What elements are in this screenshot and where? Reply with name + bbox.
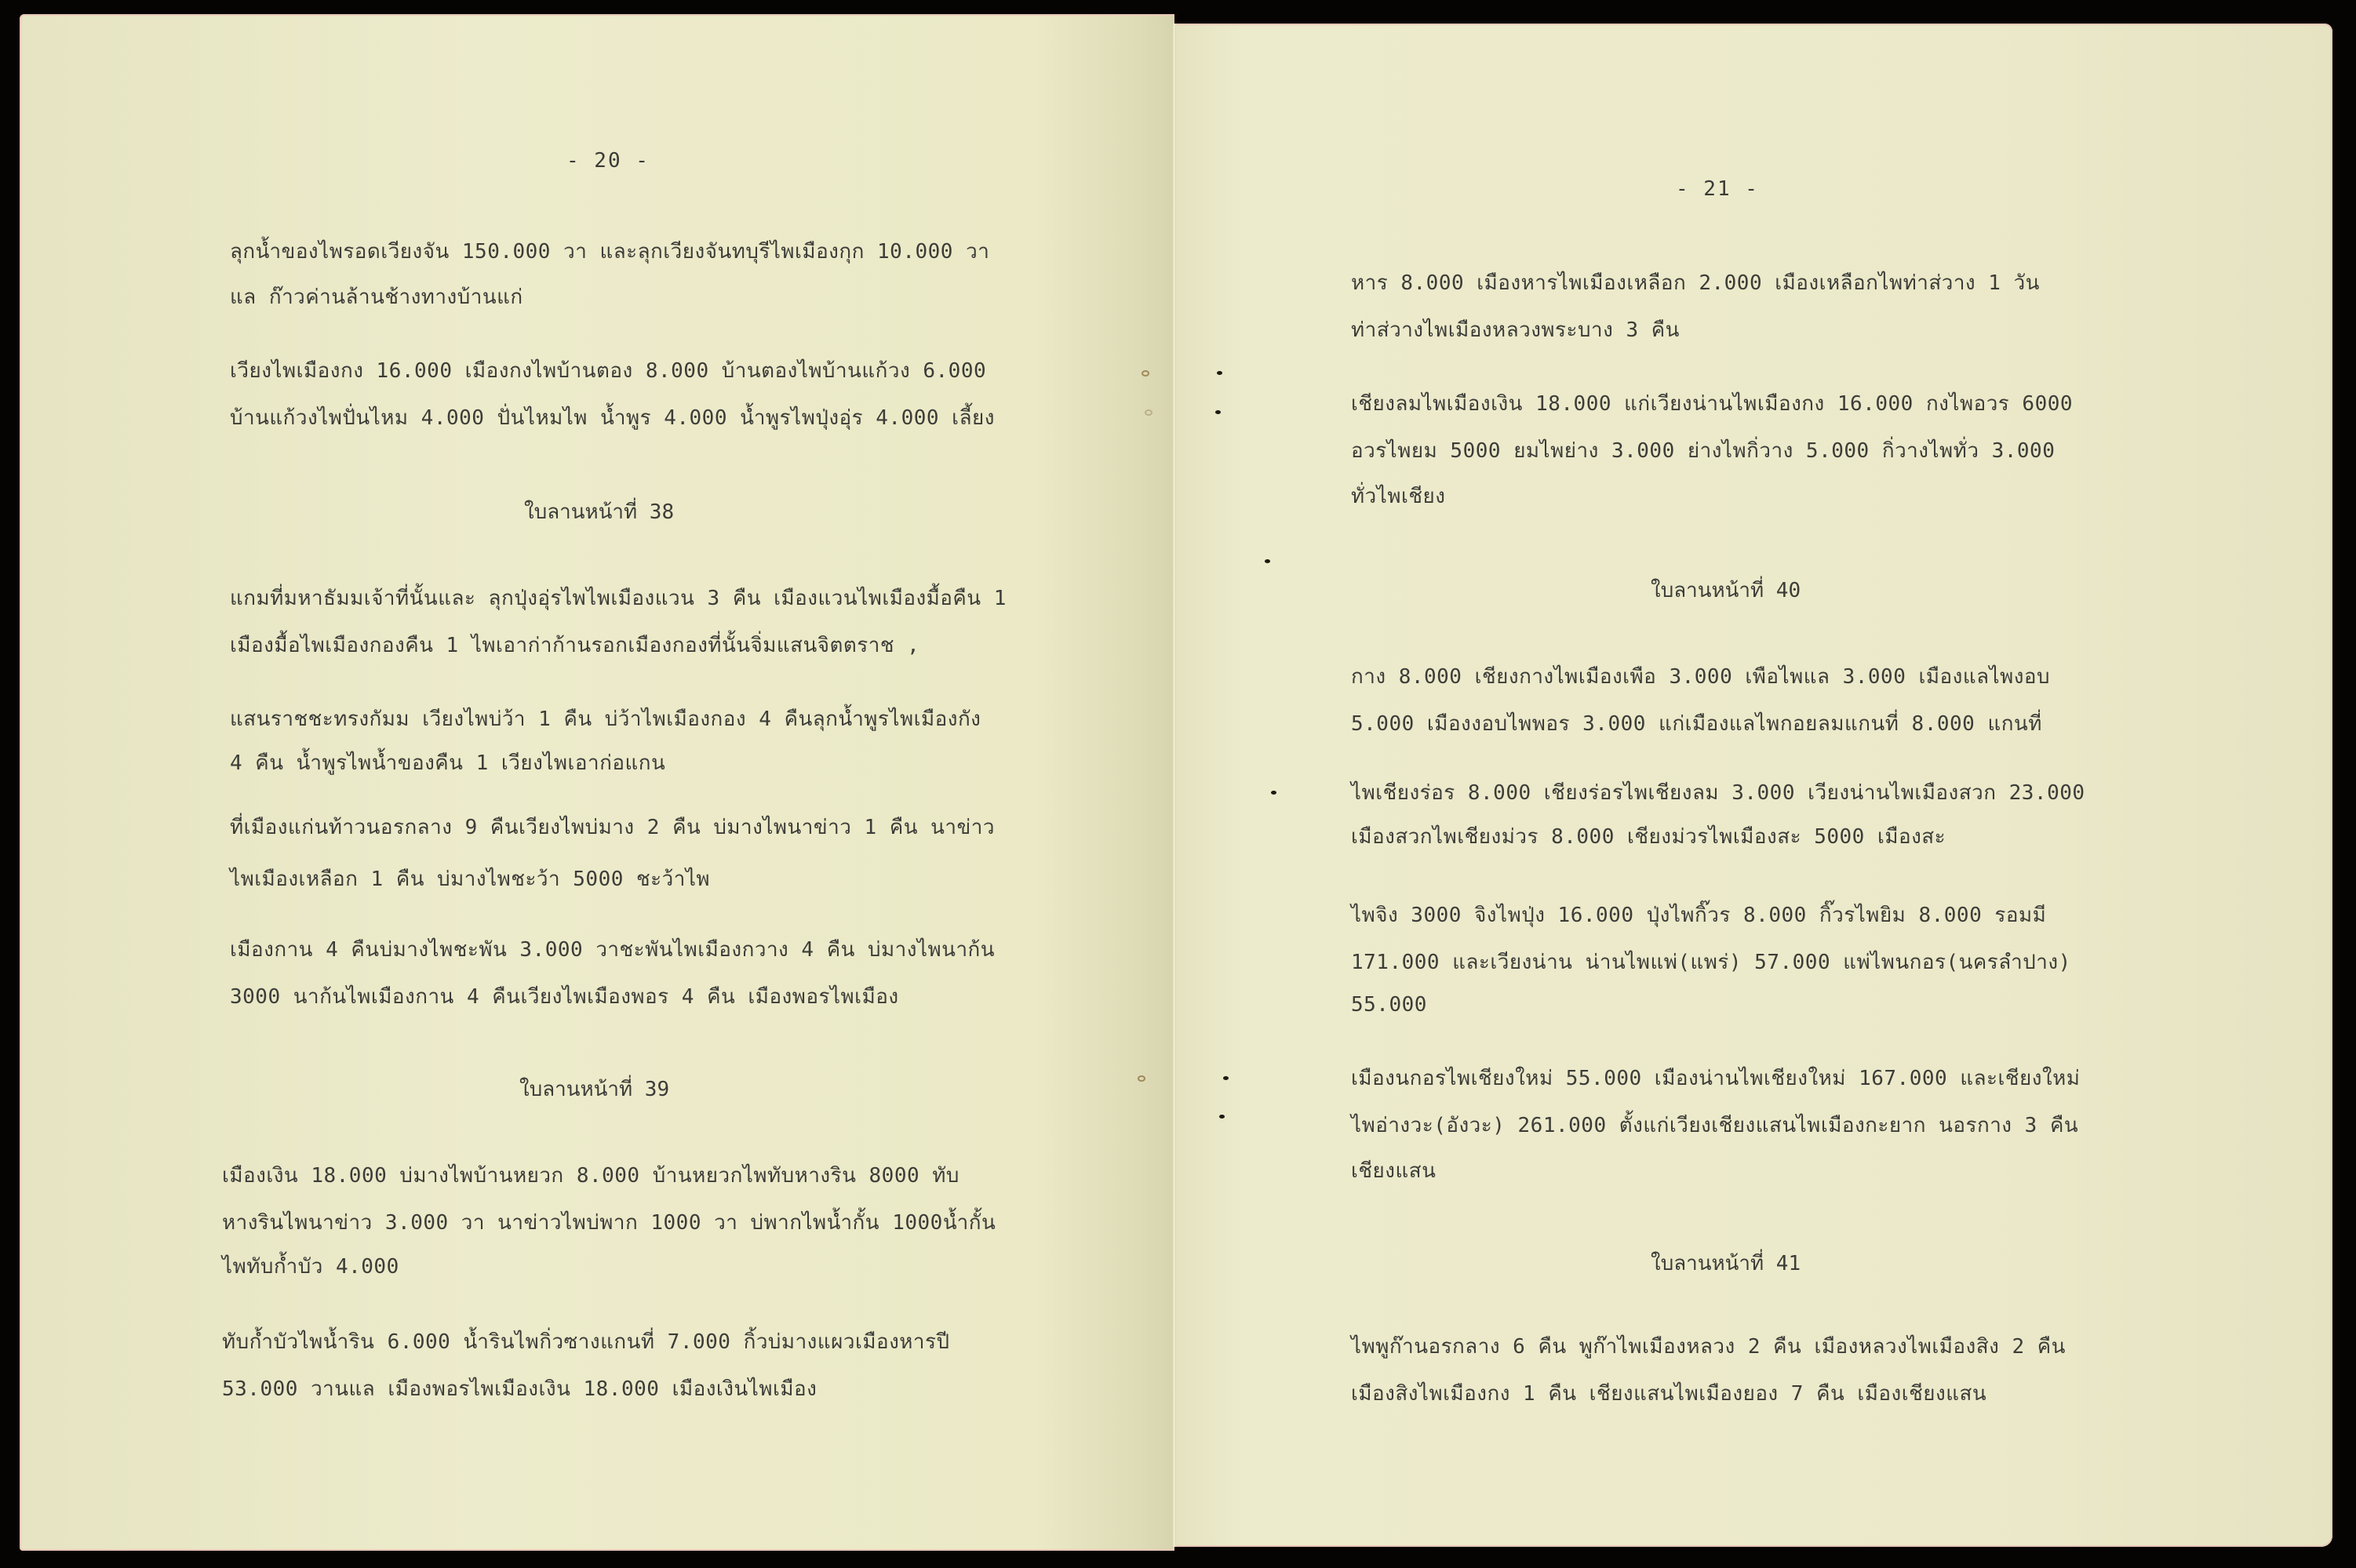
text-line: เมืองกาน 4 คืนบ่มางไพชะพัน 3.000 วาชะพัน… [230,933,995,966]
binding-hole [1142,370,1149,377]
text-line: แกมที่มหาธัมมเจ้าที่นั้นและ ลุกปุ่งอุ่รไ… [230,582,1007,614]
text-line: หาร 8.000 เมืองหารไพเมืองเหลือก 2.000 เม… [1351,267,2040,299]
binding-hole [1265,559,1270,563]
text-line: ไพทับก้ำบัว 4.000 [222,1250,399,1282]
text-line: 55.000 [1351,993,1427,1017]
text-line: บ้านแก้วงไพปั่นไหม 4.000 ปั่นไหมไพ น้ำพู… [230,402,995,434]
text-line: 5.000 เมืองงอบไพพอร 3.000 แก่เมืองแลไพกอ… [1351,708,2042,740]
binding-hole [1145,409,1153,416]
page-number-right: - 21 - [1676,177,1759,201]
section-heading: ใบลานหน้าที่ 39 [519,1073,669,1105]
binding-hole [1217,371,1222,375]
text-line: ไพพูก๊านอรกลาง 6 คืน พูก๊าไพเมืองหลวง 2 … [1351,1330,2066,1362]
text-line: 4 คืน น้ำพูรไพน้ำของคืน 1 เวียงไพเอาก่อแ… [230,747,665,779]
text-line: เชียงแสน [1351,1155,1436,1187]
binding-hole [1215,410,1221,414]
text-line: เมืองเงิน 18.000 บ่มางไพบ้านหยวก 8.000 บ… [222,1159,960,1191]
text-line: หางรินไพนาข่าว 3.000 วา นาข่าวไพบ่พาก 10… [222,1206,996,1239]
text-line: กาง 8.000 เชียงกางไพเมืองเพือ 3.000 เพือ… [1351,660,2050,693]
text-line: แสนราชชะทรงกัมม เวียงไพบ่ว้า 1 คืน บ่ว้า… [230,703,981,735]
text-line: ท่าส่วางไพเมืองหลวงพระบาง 3 คืน [1351,314,1680,346]
text-line: ลุกน้ำของไพรอดเวียงจัน 150.000 วา และลุก… [230,235,989,267]
text-line: เมืองสวกไพเชียงม่วร 8.000 เชียงม่วรไพเมื… [1351,820,1946,853]
text-line: ไพเมืองเหลือก 1 คืน บ่มางไพชะว้า 5000 ชะ… [230,863,710,895]
text-line: ไพอ่างวะ(อังวะ) 261.000 ตั้งแก่เวียงเชีย… [1351,1109,2078,1141]
page-number-left: - 20 - [566,149,650,173]
text-line: 3000 นาก้นไพเมืองกาน 4 คืนเวียงไพเมืองพอ… [230,980,899,1013]
text-line: เชียงลมไพเมืองเงิน 18.000 แก่เวียงน่านไพ… [1351,387,2073,420]
text-line: 53.000 วานแล เมืองพอรไพเมืองเงิน 18.000 … [222,1373,817,1405]
binding-hole [1223,1076,1229,1080]
binding-hole [1138,1075,1145,1082]
text-line: เมืองสิงไพเมืองกง 1 คืน เชียงแสนไพเมืองย… [1351,1377,1986,1410]
section-heading: ใบลานหน้าที่ 38 [524,496,674,528]
text-line: 171.000 และเวียงน่าน น่านไพแพ่(แพร่) 57.… [1351,946,2071,978]
section-heading: ใบลานหน้าที่ 41 [1651,1247,1801,1279]
text-line: เมืองมื้อไพเมืองกองคืน 1 ไพเอาก่าก้านรอก… [230,629,919,661]
section-heading: ใบลานหน้าที่ 40 [1651,574,1801,606]
text-line: เวียงไพเมืองกง 16.000 เมืองกงไพบ้านตอง 8… [230,355,986,387]
text-line: ที่เมืองแก่นท้าวนอรกลาง 9 คืนเวียงไพบ่มา… [230,811,995,843]
text-line: อวรไพยม 5000 ยมไพย่าง 3.000 ย่างไพกิ่วาง… [1351,435,2055,467]
text-line: เมืองนกอรไพเชียงใหม่ 55.000 เมืองน่านไพเ… [1351,1062,2080,1094]
text-line: ไพจิง 3000 จิงไพปุ่ง 16.000 ปุ่งไพกิ๊วร … [1351,899,2046,931]
text-line: ทั่วไพเชียง [1351,480,1445,512]
book-gutter [1172,24,1176,1547]
binding-hole [1219,1115,1225,1119]
text-line: ทับก้ำบัวไพน้ำริน 6.000 น้ำรินไพกิ่วซางแ… [222,1326,950,1358]
text-line: ไพเชียงร่อร 8.000 เชียงร่อรไพเชียงลม 3.0… [1351,777,2085,809]
binding-hole [1271,791,1276,795]
text-line: แล ก๊าวค่านล้านช้างทางบ้านแก่ [230,281,523,313]
